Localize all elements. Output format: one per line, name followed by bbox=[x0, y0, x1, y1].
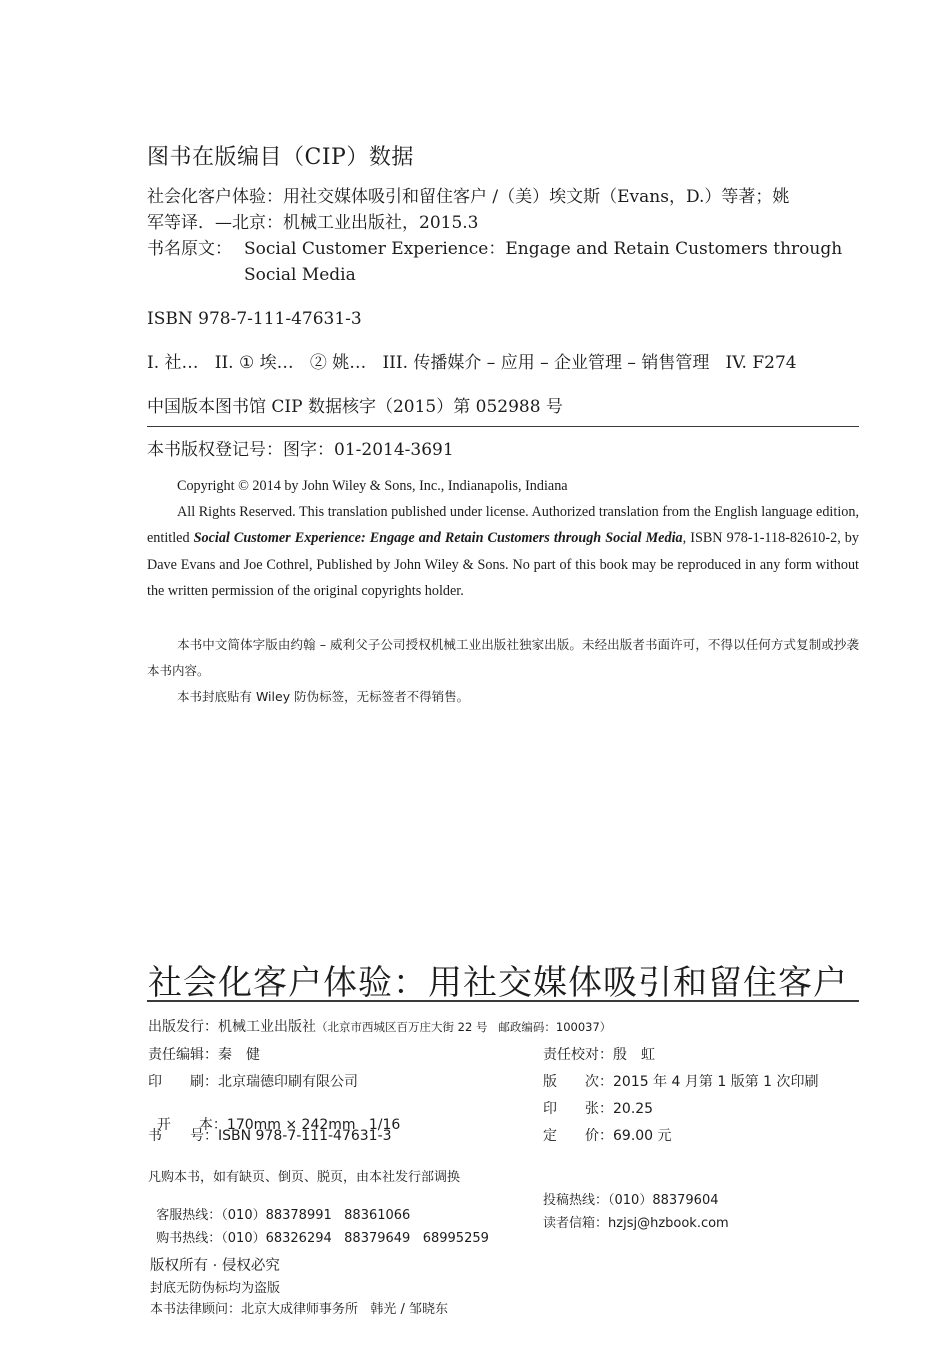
purchase-hotline: （010）68326294 88379649 68995259 bbox=[221, 1231, 489, 1246]
sheets: 20.25 bbox=[613, 1101, 653, 1117]
cip-entry-line2: 军等译．—北京：机械工业出版社，2015.3 bbox=[147, 210, 478, 236]
book-title: 社会化客户体验：用社交媒体吸引和留住客户 bbox=[148, 955, 848, 1004]
divider-rule bbox=[147, 426, 859, 427]
reader-email-link[interactable]: hzjsj@hzbook.com bbox=[608, 1216, 729, 1231]
isbn-label: 书 号： bbox=[148, 1128, 218, 1144]
editor: 秦 健 bbox=[218, 1047, 260, 1063]
original-title-line1: Social Customer Experience：Engage and Re… bbox=[244, 236, 842, 262]
proofreader-label: 责任校对： bbox=[543, 1047, 613, 1063]
anti-piracy-note: 封底无防伪标均为盗版 bbox=[150, 1277, 280, 1296]
publisher: 机械工业出版社 bbox=[218, 1019, 316, 1035]
publisher-address: （北京市西城区百万庄大街 22 号 邮政编码：100037） bbox=[316, 1020, 611, 1034]
submission-hotline-label: 投稿热线： bbox=[543, 1193, 608, 1208]
printer-row: 印 刷：北京瑞德印刷有限公司 bbox=[148, 1071, 358, 1091]
chinese-license-paragraph: 本书中文简体字版由约翰 – 威利父子公司授权机械工业出版社独家出版。未经出版者书… bbox=[147, 632, 859, 684]
submission-hotline: （010）88379604 bbox=[608, 1193, 718, 1208]
cip-verification: 中国版本图书馆 CIP 数据核字（2015）第 052988 号 bbox=[147, 394, 563, 420]
cip-isbn: ISBN 978-7-111-47631-3 bbox=[147, 306, 362, 332]
purchase-hotline-label: 购书热线： bbox=[156, 1231, 221, 1246]
sheets-label: 印 张： bbox=[543, 1101, 613, 1117]
publisher-label: 出版发行： bbox=[148, 1019, 218, 1035]
proofreader: 殷 虹 bbox=[613, 1047, 655, 1063]
price-label: 定 价： bbox=[543, 1128, 613, 1144]
anti-counterfeit-paragraph: 本书封底贴有 Wiley 防伪标签，无标签者不得销售。 bbox=[147, 684, 859, 710]
copyright-registration: 本书版权登记号：图字：01-2014-3691 bbox=[147, 437, 454, 463]
original-book-title: Social Customer Experience: Engage and R… bbox=[194, 530, 683, 546]
price: 69.00 元 bbox=[613, 1128, 672, 1144]
price-row: 定 价：69.00 元 bbox=[543, 1125, 672, 1145]
printer: 北京瑞德印刷有限公司 bbox=[218, 1074, 358, 1090]
sheets-row: 印 张：20.25 bbox=[543, 1098, 653, 1118]
rights-reserved: 版权所有 · 侵权必究 bbox=[150, 1254, 280, 1275]
license-paragraph: All Rights Reserved. This translation pu… bbox=[147, 499, 859, 605]
cip-entry-line1: 社会化客户体验：用社交媒体吸引和留住客户 /（美）埃文斯（Evans，D.）等著… bbox=[147, 184, 789, 210]
title-rule bbox=[147, 1000, 859, 1002]
cip-classification: I. 社… II. ① 埃… ② 姚… III. 传播媒介 – 应用 – 企业管… bbox=[147, 350, 797, 376]
printer-label: 印 刷： bbox=[148, 1074, 218, 1090]
edition-label: 版 次： bbox=[543, 1074, 613, 1090]
editor-row: 责任编辑：秦 健 bbox=[148, 1044, 260, 1064]
exchange-note: 凡购本书，如有缺页、倒页、脱页，由本社发行部调换 bbox=[148, 1166, 460, 1185]
cip-title: 图书在版编目（CIP）数据 bbox=[147, 140, 414, 171]
original-title-line2: Social Media bbox=[244, 262, 356, 288]
isbn-row: 书 号：ISBN 978-7-111-47631-3 bbox=[148, 1125, 392, 1145]
edition: 2015 年 4 月第 1 版第 1 次印刷 bbox=[613, 1074, 819, 1090]
legal-counsel: 本书法律顾问：北京大成律师事务所 韩光 / 邹晓东 bbox=[150, 1298, 448, 1317]
original-title-label: 书名原文： bbox=[147, 236, 232, 262]
publisher-row: 出版发行：机械工业出版社（北京市西城区百万庄大街 22 号 邮政编码：10003… bbox=[148, 1016, 611, 1036]
reader-email-label: 读者信箱： bbox=[543, 1216, 608, 1231]
edition-row: 版 次：2015 年 4 月第 1 版第 1 次印刷 bbox=[543, 1071, 819, 1091]
purchase-hotline-row: 购书热线：（010）68326294 88379649 68995259 bbox=[148, 1212, 489, 1246]
copyright-line: Copyright © 2014 by John Wiley & Sons, I… bbox=[177, 473, 568, 499]
proofreader-row: 责任校对：殷 虹 bbox=[543, 1044, 655, 1064]
editor-label: 责任编辑： bbox=[148, 1047, 218, 1063]
isbn: ISBN 978-7-111-47631-3 bbox=[218, 1128, 392, 1144]
reader-email-row: 读者信箱：hzjsj@hzbook.com bbox=[543, 1212, 729, 1231]
submission-hotline-row: 投稿热线：（010）88379604 bbox=[543, 1189, 719, 1208]
